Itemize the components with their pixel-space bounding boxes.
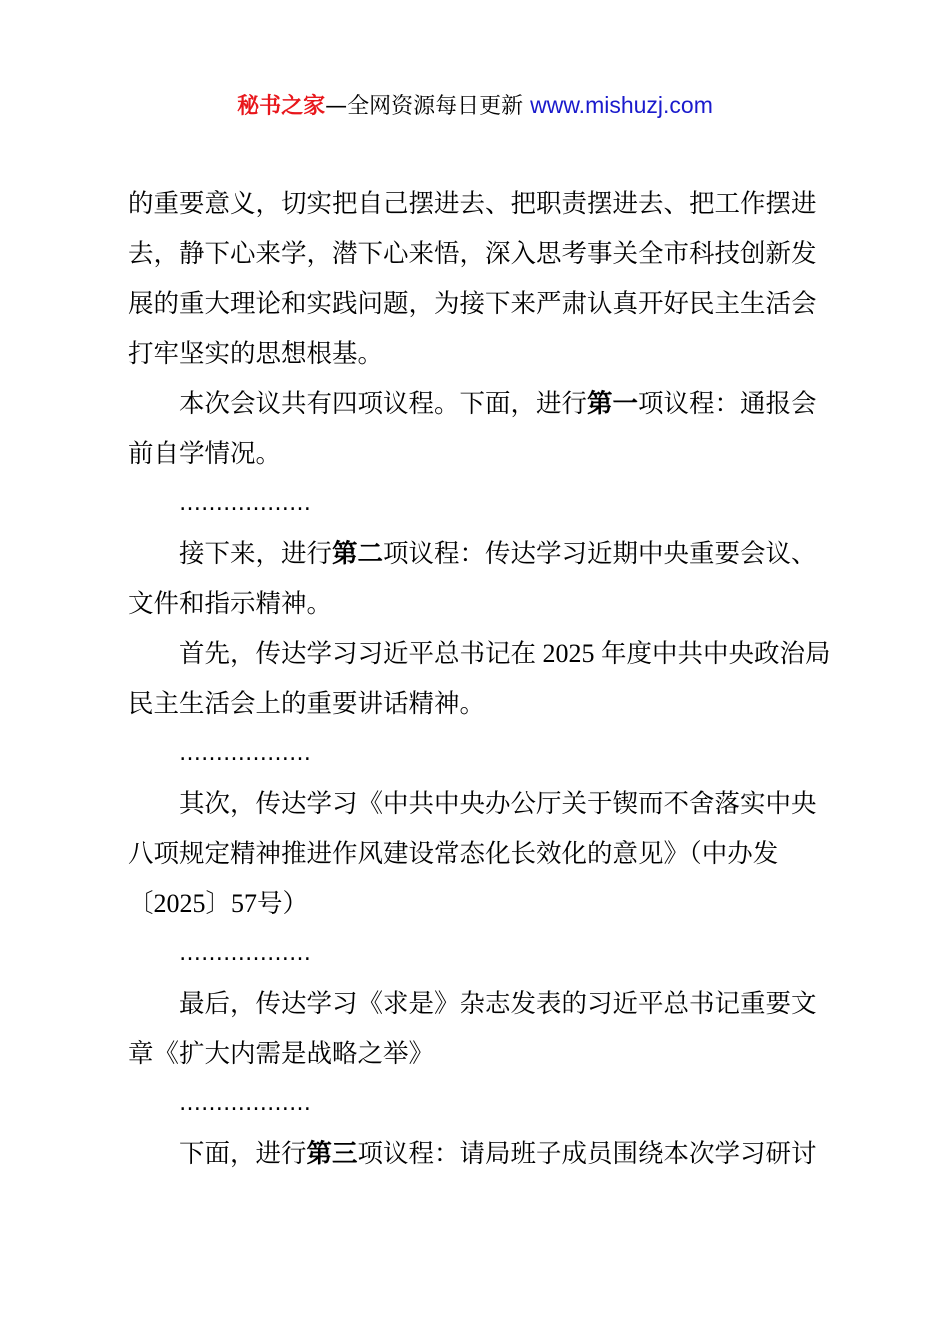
text-span: 〕: [206, 889, 232, 919]
ellipsis-separator: ………………: [128, 929, 834, 979]
bold-agenda-number: 第一: [587, 389, 638, 419]
text-line: 去，静下心来学，潜下心来悟，深入思考事关全市科技创新发: [128, 229, 834, 279]
text-span: 项议程：请局班子成员围绕本次学习研讨: [358, 1139, 817, 1169]
text-span: 接下来，进行: [179, 539, 332, 569]
year-number: 2025: [536, 639, 601, 668]
site-banner: 秘书之家—全网资源每日更新 www.mishuzj.com: [0, 88, 950, 124]
ellipsis-separator: ………………: [128, 1079, 834, 1129]
text-line: 的重要意义，切实把自己摆进去、把职责摆进去、把工作摆进: [128, 179, 834, 229]
text-line: 文件和指示精神。: [128, 579, 834, 629]
text-span: 下面，进行: [179, 1139, 307, 1169]
paragraph-third-study: 最后，传达学习《求是》杂志发表的习近平总书记重要文 章《扩大内需是战略之举》: [128, 979, 834, 1079]
text-line: 首先，传达学习习近平总书记在 2025 年度中共中央政治局: [128, 629, 834, 679]
paragraph-first-study: 首先，传达学习习近平总书记在 2025 年度中共中央政治局 民主生活会上的重要讲…: [128, 629, 834, 729]
text-line: 打牢坚实的思想根基。: [128, 329, 834, 379]
text-line: 八项规定精神推进作风建设常态化长效化的意见》（中办发: [128, 829, 834, 879]
text-span: 项议程：传达学习近期中央重要会议、: [383, 539, 817, 569]
text-line: 章《扩大内需是战略之举》: [128, 1029, 834, 1079]
text-span: 项议程：通报会: [638, 389, 817, 419]
year-number: 2025: [154, 889, 206, 918]
text-line: 民主生活会上的重要讲话精神。: [128, 679, 834, 729]
text-line: 〔2025〕57号）: [128, 879, 834, 929]
text-span: 〔: [128, 889, 154, 919]
text-line: 其次，传达学习《中共中央办公厅关于锲而不舍落实中央: [128, 779, 834, 829]
text-span: 号）: [257, 889, 308, 919]
document-number: 57: [231, 889, 257, 918]
document-body: 的重要意义，切实把自己摆进去、把职责摆进去、把工作摆进 去，静下心来学，潜下心来…: [128, 179, 834, 1179]
paragraph-agenda-item-3: 下面，进行第三项议程：请局班子成员围绕本次学习研讨: [128, 1129, 834, 1179]
text-line: 展的重大理论和实践问题，为接下来严肃认真开好民主生活会: [128, 279, 834, 329]
text-line: 接下来，进行第二项议程：传达学习近期中央重要会议、: [128, 529, 834, 579]
bold-agenda-number: 第二: [332, 539, 383, 569]
text-line: 前自学情况。: [128, 429, 834, 479]
text-span: 年度中共中央政治局: [601, 639, 831, 669]
paragraph-agenda-item-1: 本次会议共有四项议程。下面，进行第一项议程：通报会 前自学情况。: [128, 379, 834, 479]
paragraph-agenda-item-2: 接下来，进行第二项议程：传达学习近期中央重要会议、 文件和指示精神。: [128, 529, 834, 629]
brand-name: 秘书之家: [237, 94, 325, 119]
ellipsis-separator: ………………: [128, 729, 834, 779]
bold-agenda-number: 第三: [307, 1139, 358, 1169]
text-line: 下面，进行第三项议程：请局班子成员围绕本次学习研讨: [128, 1129, 834, 1179]
banner-tagline: —全网资源每日更新: [325, 94, 523, 119]
text-line: 本次会议共有四项议程。下面，进行第一项议程：通报会: [128, 379, 834, 429]
ellipsis-separator: ………………: [128, 479, 834, 529]
paragraph-second-study: 其次，传达学习《中共中央办公厅关于锲而不舍落实中央 八项规定精神推进作风建设常态…: [128, 779, 834, 929]
text-span: 本次会议共有四项议程。下面，进行: [179, 389, 587, 419]
text-span: 首先，传达学习习近平总书记在: [179, 639, 536, 669]
text-line: 最后，传达学习《求是》杂志发表的习近平总书记重要文: [128, 979, 834, 1029]
site-url-link[interactable]: www.mishuzj.com: [530, 92, 713, 118]
paragraph-significance: 的重要意义，切实把自己摆进去、把职责摆进去、把工作摆进 去，静下心来学，潜下心来…: [128, 179, 834, 379]
